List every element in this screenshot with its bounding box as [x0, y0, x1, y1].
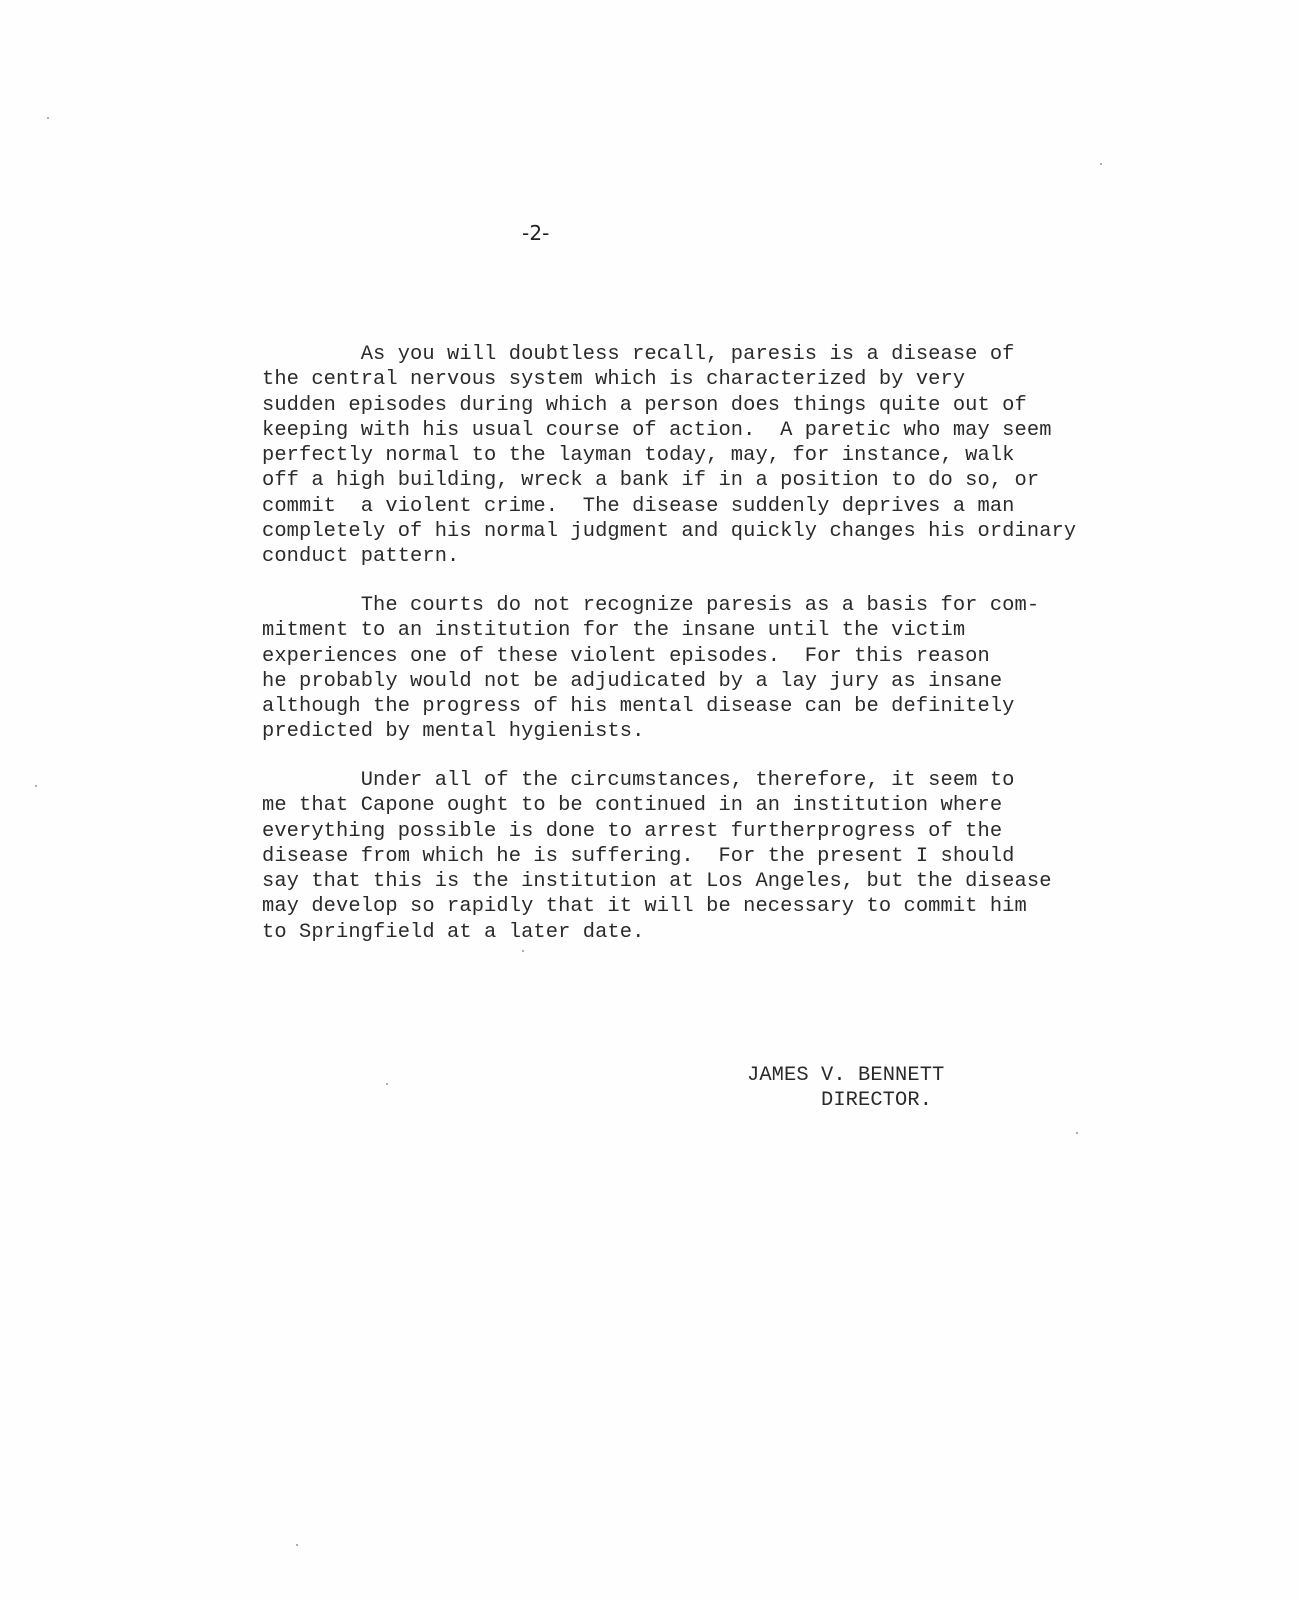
- text-line: mitment to an institution for the insane…: [262, 618, 1112, 643]
- text-line: perfectly normal to the layman today, ma…: [262, 443, 1112, 468]
- page-number: -2-: [522, 221, 549, 245]
- document-page: -2- As you will doubtless recall, paresi…: [0, 0, 1298, 1600]
- text-line: disease from which he is suffering. For …: [262, 844, 1112, 869]
- scan-speck: [522, 950, 524, 952]
- text-line: he probably would not be adjudicated by …: [262, 669, 1112, 694]
- text-line: the central nervous system which is char…: [262, 367, 1112, 392]
- text-line: Under all of the circumstances, therefor…: [262, 768, 1112, 793]
- scan-speck: [386, 1083, 388, 1085]
- scan-speck: [296, 1544, 298, 1546]
- signature-name: JAMES V. BENNETT: [747, 1063, 944, 1088]
- text-line: although the progress of his mental dise…: [262, 694, 1112, 719]
- text-line: everything possible is done to arrest fu…: [262, 819, 1112, 844]
- text-line: experiences one of these violent episode…: [262, 644, 1112, 669]
- text-line: keeping with his usual course of action.…: [262, 418, 1112, 443]
- paragraph-2: The courts do not recognize paresis as a…: [262, 593, 1112, 745]
- text-line: completely of his normal judgment and qu…: [262, 519, 1112, 544]
- paragraph-1: As you will doubtless recall, paresis is…: [262, 342, 1112, 570]
- text-line: sudden episodes during which a person do…: [262, 393, 1112, 418]
- text-line: As you will doubtless recall, paresis is…: [262, 342, 1112, 367]
- text-line: The courts do not recognize paresis as a…: [262, 593, 1112, 618]
- scan-speck: [47, 117, 49, 119]
- text-line: may develop so rapidly that it will be n…: [262, 894, 1112, 919]
- scan-speck: [1076, 1132, 1078, 1134]
- text-line: conduct pattern.: [262, 544, 1112, 569]
- signature-block: JAMES V. BENNETT DIRECTOR.: [747, 1063, 944, 1113]
- scan-speck: [1100, 163, 1102, 165]
- signature-title: DIRECTOR.: [747, 1088, 944, 1113]
- text-line: commit a violent crime. The disease sudd…: [262, 494, 1112, 519]
- paragraph-3: Under all of the circumstances, therefor…: [262, 768, 1112, 945]
- text-line: predicted by mental hygienists.: [262, 719, 1112, 744]
- text-line: off a high building, wreck a bank if in …: [262, 468, 1112, 493]
- scan-speck: [35, 785, 37, 787]
- text-line: me that Capone ought to be continued in …: [262, 793, 1112, 818]
- text-line: say that this is the institution at Los …: [262, 869, 1112, 894]
- text-line: to Springfield at a later date.: [262, 920, 1112, 945]
